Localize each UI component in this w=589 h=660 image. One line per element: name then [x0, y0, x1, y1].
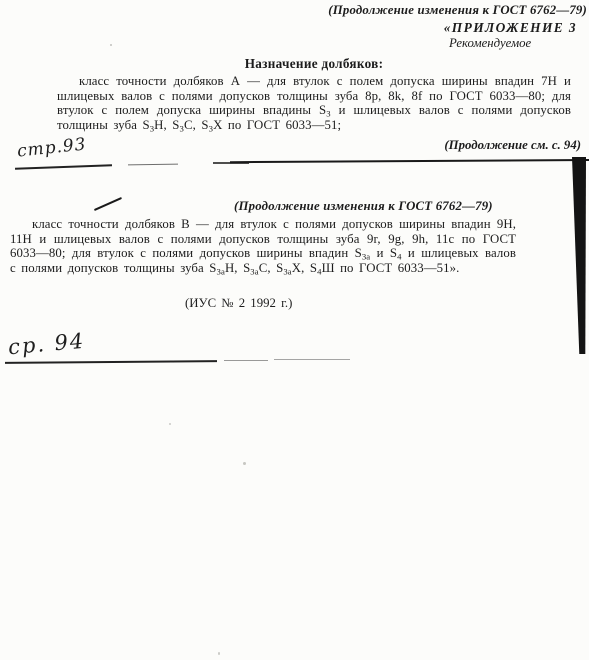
binding-shadow-artifact	[572, 157, 586, 354]
section-heading: Назначение долбяков:	[57, 56, 571, 72]
page-divider-line	[230, 159, 589, 164]
scan-speck	[243, 462, 246, 465]
appendix-title: «ПРИЛОЖЕНИЕ 3	[444, 20, 577, 36]
continuation-header-top: (Продолжение изменения к ГОСТ 6762—79)	[328, 3, 587, 18]
appendix-subtitle: Рекомендуемое	[449, 36, 531, 51]
handwritten-page-number-94: ср. 94	[7, 329, 86, 360]
handwriting-underline	[5, 360, 217, 364]
continued-on-page-note: (Продолжение см. с. 94)	[444, 138, 581, 153]
scan-speck	[169, 423, 171, 425]
source-bulletin-note: (ИУС № 2 1992 г.)	[185, 296, 292, 311]
scanned-document-page: { "page_top": { "continuation_header": "…	[0, 0, 589, 660]
handwriting-underline	[15, 164, 112, 169]
paragraph-class-a: класс точности долбяков А — для втулок с…	[57, 74, 571, 133]
paragraph-class-b: класс точности долбяков В — для втулок с…	[10, 217, 516, 276]
continuation-header-bottom: (Продолжение изменения к ГОСТ 6762—79)	[234, 199, 493, 214]
handwriting-underline-faint	[224, 360, 268, 361]
pen-checkmark	[94, 197, 122, 211]
scan-speck	[218, 652, 220, 655]
scan-speck	[110, 44, 112, 46]
handwritten-page-number-93: стр.93	[16, 134, 87, 161]
handwriting-underline-faint	[274, 359, 350, 360]
divider-dash	[128, 164, 178, 166]
